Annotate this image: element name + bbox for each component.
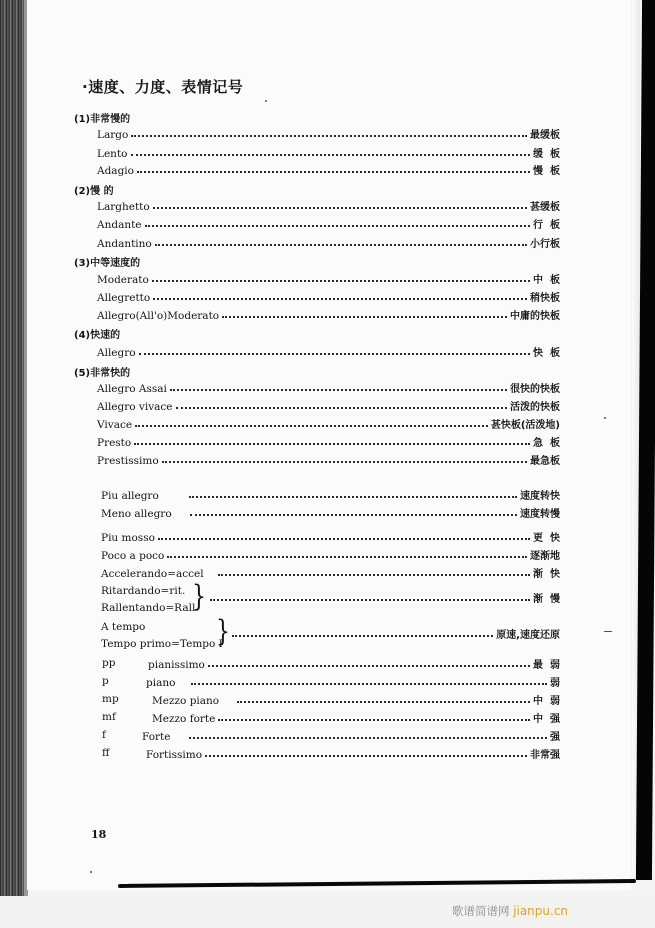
term-row: Allegretto 稍快板 — [97, 289, 560, 305]
leader-dots — [153, 199, 527, 209]
term: Allegro — [97, 347, 136, 359]
dynamic-abbr: ff — [102, 747, 109, 759]
dynamic-row: Fortissimo 非常强 — [146, 746, 560, 762]
leader-dots — [232, 627, 493, 637]
dynamic-row: Mezzo forte 中 强 — [152, 710, 560, 726]
term: Andantino — [97, 238, 152, 250]
watermark: 歌谱简谱网 jianpu.cn — [452, 903, 568, 919]
section-heading: (3)中等速度的 — [74, 254, 140, 269]
right-brace-icon: } — [192, 584, 206, 613]
term: Rallentando=Rall. — [101, 602, 199, 614]
term: Poco a poco — [101, 550, 164, 562]
meaning: 非常强 — [530, 746, 560, 761]
term: pianissimo — [148, 659, 205, 671]
meaning: 中 强 — [533, 710, 560, 725]
section-heading: (5)非常快的 — [74, 364, 130, 379]
scan-speck — [604, 417, 606, 419]
leader-dots — [153, 290, 527, 300]
meaning: 原速,速度还原 — [496, 626, 560, 641]
leader-dots — [189, 729, 548, 739]
term-row: Allegro vivace 活泼的快板 — [97, 398, 560, 414]
term: Adagio — [97, 165, 134, 177]
term: Ritardando=rit. — [101, 585, 185, 597]
leader-dots — [158, 530, 530, 540]
term-row: Vivace 甚快板(活泼地) — [97, 416, 560, 432]
term: Prestissimo — [97, 455, 159, 467]
term: Largo — [97, 129, 128, 141]
meaning: 很快的快板 — [510, 380, 560, 395]
term: Moderato — [97, 274, 149, 286]
dynamic-abbr: p — [102, 675, 109, 687]
meaning: 稍快板 — [530, 289, 560, 304]
term-row: Allegro Assai 很快的快板 — [97, 380, 560, 396]
meaning: 缓 板 — [533, 145, 560, 160]
scan-speck — [90, 871, 92, 873]
meaning: 最 弱 — [533, 656, 560, 671]
leader-dots — [191, 675, 547, 685]
leader-dots — [208, 657, 530, 667]
term-row: Prestissimo 最急板 — [97, 452, 560, 468]
dynamic-row: piano 弱 — [146, 674, 560, 690]
leader-dots — [145, 217, 531, 227]
watermark-text: 歌谱简谱网 — [452, 904, 510, 918]
meaning: 渐 快 — [533, 565, 560, 580]
leader-dots — [139, 345, 530, 355]
term: Allegro Assai — [97, 383, 167, 395]
term-row: Andante 行 板 — [97, 216, 560, 232]
scan-speck — [604, 631, 612, 632]
dynamic-abbr: pp — [102, 657, 115, 669]
meaning: 甚快板(活泼地) — [491, 416, 560, 431]
term: Presto — [97, 437, 131, 449]
meaning: 中庸的快板 — [510, 307, 560, 322]
meaning: 最急板 — [530, 452, 560, 467]
term: Piu mosso — [101, 532, 155, 544]
term: Mezzo piano — [152, 695, 219, 707]
term: Allegro(All'o)Moderato — [97, 310, 219, 322]
leader-dots — [131, 146, 531, 156]
grouped-meaning-row: 渐 慢 — [210, 590, 560, 606]
grouped-meaning-row: 原速,速度还原 — [232, 626, 560, 642]
term-row: Lento 缓 板 — [97, 145, 560, 161]
term-row: Meno allegro 速度转慢 — [101, 505, 560, 521]
leader-dots — [167, 548, 527, 558]
leader-dots — [210, 591, 530, 601]
term: A tempo — [101, 621, 145, 633]
term-row: Piu allegro 速度转快 — [101, 487, 560, 503]
leader-dots — [218, 566, 530, 576]
dynamic-row: Forte 强 — [142, 728, 560, 744]
term-row: Accelerando=accel 渐 快 — [101, 565, 560, 581]
leader-dots — [134, 435, 530, 445]
term-row: Adagio 慢 板 — [97, 162, 560, 178]
term-row: Larghetto 甚缓板 — [97, 198, 560, 214]
leader-dots — [205, 747, 527, 757]
meaning: 快 板 — [533, 344, 560, 359]
dynamic-abbr: mf — [102, 711, 116, 723]
meaning: 中 弱 — [533, 692, 560, 707]
leader-dots — [218, 711, 530, 721]
term-row: Allegro(All'o)Moderato 中庸的快板 — [97, 307, 560, 323]
meaning: 强 — [550, 728, 560, 743]
leader-dots — [237, 693, 530, 703]
meaning: 速度转快 — [520, 487, 560, 502]
term: Andante — [97, 219, 142, 231]
meaning: 行 板 — [533, 216, 560, 231]
term: piano — [146, 677, 175, 689]
leader-dots — [135, 417, 488, 427]
term: Mezzo forte — [152, 713, 215, 725]
meaning: 更 快 — [533, 529, 560, 544]
term: Larghetto — [97, 201, 150, 213]
meaning: 最缓板 — [530, 126, 560, 141]
watermark-url: jianpu.cn — [513, 904, 568, 918]
meaning: 弱 — [550, 674, 560, 689]
term: Lento — [97, 148, 128, 160]
term: Forte — [142, 731, 171, 743]
term: Accelerando=accel — [101, 568, 204, 580]
book-spine-shadow — [0, 0, 26, 928]
dynamic-abbr: mp — [102, 693, 119, 705]
term-row: Andantino 小行板 — [97, 235, 560, 251]
term: Allegretto — [97, 292, 150, 304]
scan-speck — [265, 100, 267, 102]
term-row: Largo 最缓板 — [97, 126, 560, 142]
page-number: 18 — [91, 828, 106, 841]
section-heading: (1)非常慢的 — [74, 110, 130, 125]
meaning: 逐渐地 — [530, 547, 560, 562]
leader-dots — [152, 272, 530, 282]
term-row: Poco a poco 逐渐地 — [101, 547, 560, 563]
meaning: 活泼的快板 — [510, 398, 560, 413]
term-row: Moderato 中 板 — [97, 271, 560, 287]
section-heading: (4)快速的 — [74, 326, 120, 341]
page-title: ·速度、力度、表情记号 — [82, 76, 243, 97]
right-brace-icon: } — [216, 619, 230, 648]
leader-dots — [222, 308, 507, 318]
term: Tempo primo=Tempo I — [101, 638, 223, 650]
dynamic-abbr: f — [102, 729, 106, 741]
dynamic-row: Mezzo piano 中 弱 — [152, 692, 560, 708]
term: Meno allegro — [101, 508, 172, 520]
leader-dots — [170, 381, 507, 391]
leader-dots — [131, 127, 527, 137]
dynamic-row: pianissimo 最 弱 — [148, 656, 560, 672]
meaning: 急 板 — [533, 434, 560, 449]
term: Fortissimo — [146, 749, 202, 761]
leader-dots — [137, 163, 530, 173]
leader-dots — [155, 236, 527, 246]
meaning: 甚缓板 — [530, 198, 560, 213]
meaning: 中 板 — [533, 271, 560, 286]
term-row: Allegro 快 板 — [97, 344, 560, 360]
meaning: 慢 板 — [533, 162, 560, 177]
leader-dots — [176, 399, 508, 409]
term: Vivace — [97, 419, 132, 431]
term-row: Presto 急 板 — [97, 434, 560, 450]
leader-dots — [190, 506, 517, 516]
meaning: 渐 慢 — [533, 590, 560, 605]
meaning: 小行板 — [530, 235, 560, 250]
leader-dots — [189, 488, 517, 498]
leader-dots — [162, 453, 527, 463]
term-row: Piu mosso 更 快 — [101, 529, 560, 545]
term: Allegro vivace — [97, 401, 173, 413]
term: Piu allegro — [101, 490, 159, 502]
meaning: 速度转慢 — [520, 505, 560, 520]
section-heading: (2)慢 的 — [74, 182, 114, 197]
